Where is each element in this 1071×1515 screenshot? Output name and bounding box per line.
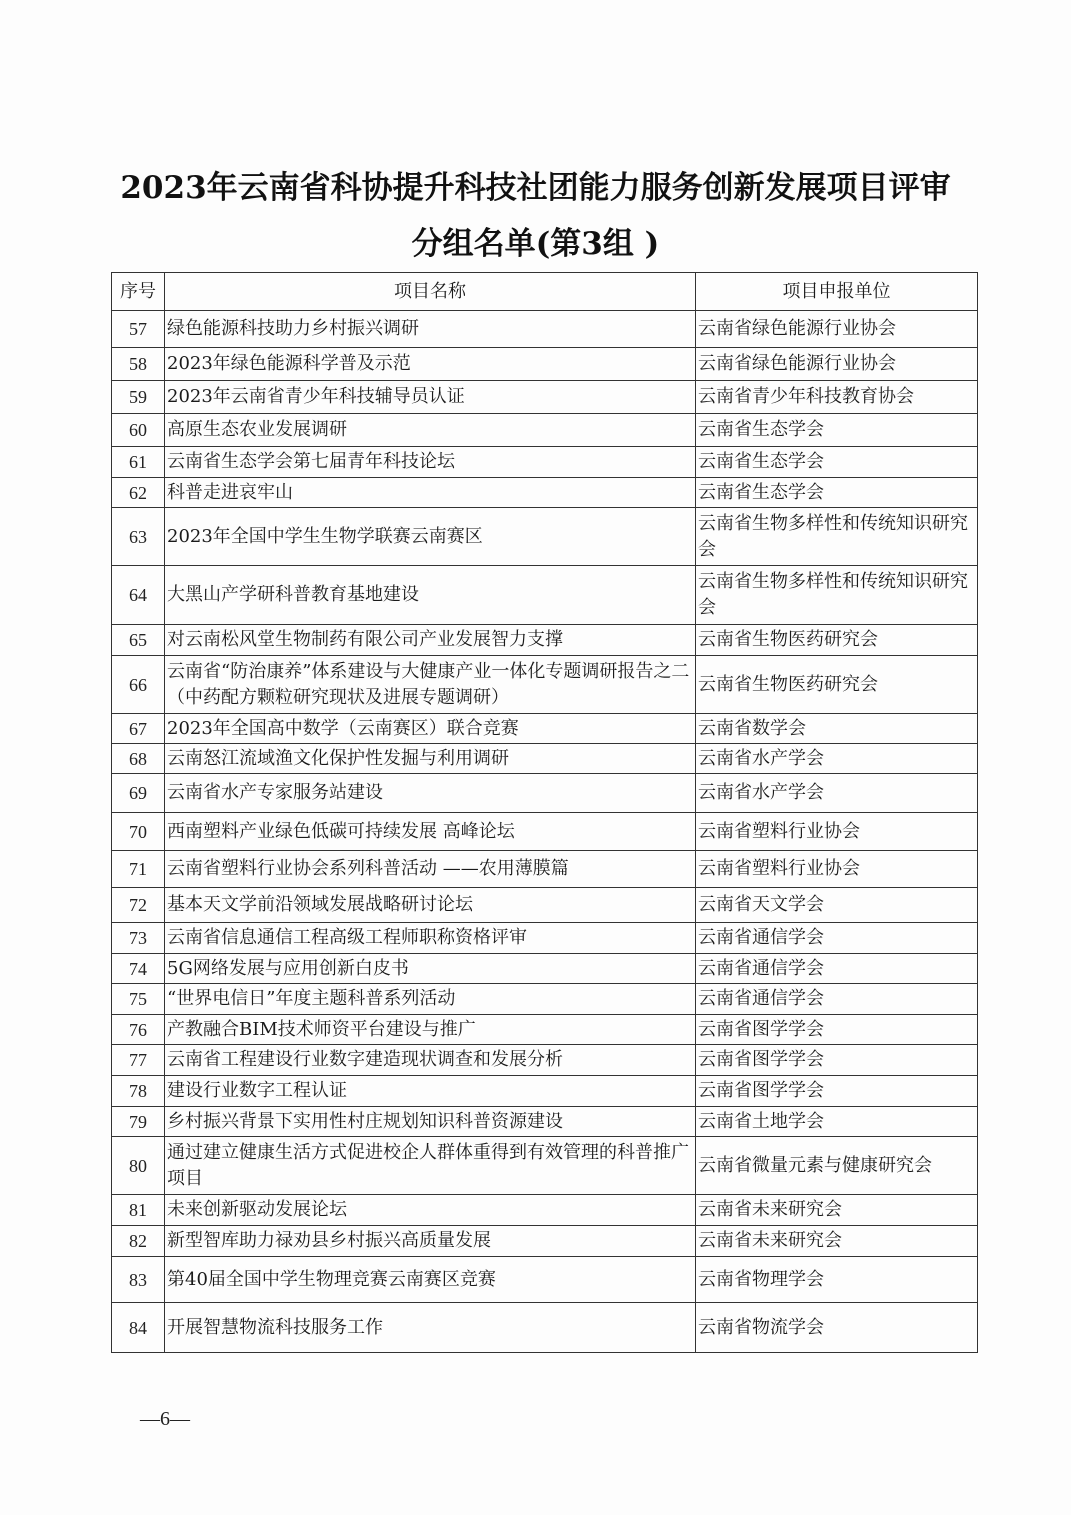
- table-row: 81未来创新驱动发展论坛云南省未来研究会: [112, 1195, 978, 1226]
- serial-number-cell: 67: [112, 714, 165, 744]
- project-name-cell: 云南省生态学会第七届青年科技论坛: [165, 447, 696, 478]
- serial-number-cell: 63: [112, 508, 165, 566]
- serial-number-cell: 84: [112, 1303, 165, 1353]
- table-row: 64大黑山产学研科普教育基地建设云南省生物多样性和传统知识研究会: [112, 566, 978, 625]
- applicant-organization-cell: 云南省天文学会: [696, 888, 978, 923]
- project-name-cell: 2023年全国中学生生物学联赛云南赛区: [165, 508, 696, 566]
- table-row: 61云南省生态学会第七届青年科技论坛云南省生态学会: [112, 447, 978, 478]
- serial-number-cell: 62: [112, 478, 165, 508]
- project-name-cell: 云南省工程建设行业数字建造现状调查和发展分析: [165, 1045, 696, 1076]
- table-row: 66云南省“防治康养”体系建设与大健康产业一体化专题调研报告之二（中药配方颗粒研…: [112, 656, 978, 714]
- header-applicant-organization: 项目申报单位: [696, 273, 978, 311]
- serial-number-cell: 82: [112, 1226, 165, 1257]
- applicant-organization-cell: 云南省通信学会: [696, 954, 978, 984]
- applicant-organization-cell: 云南省图学学会: [696, 1015, 978, 1045]
- serial-number-cell: 60: [112, 414, 165, 447]
- applicant-organization-cell: 云南省生态学会: [696, 414, 978, 447]
- applicant-organization-cell: 云南省塑料行业协会: [696, 813, 978, 851]
- project-name-cell: 5G网络发展与应用创新白皮书: [165, 954, 696, 984]
- table-row: 68云南怒江流域渔文化保护性发掘与利用调研云南省水产学会: [112, 744, 978, 774]
- applicant-organization-cell: 云南省生物医药研究会: [696, 625, 978, 656]
- table-row: 82新型智库助力禄劝县乡村振兴高质量发展云南省未来研究会: [112, 1226, 978, 1257]
- applicant-organization-cell: 云南省生态学会: [696, 447, 978, 478]
- table-row: 78建设行业数字工程认证云南省图学学会: [112, 1076, 978, 1107]
- applicant-organization-cell: 云南省水产学会: [696, 774, 978, 813]
- serial-number-cell: 80: [112, 1137, 165, 1195]
- serial-number-cell: 66: [112, 656, 165, 714]
- table-row: 72基本天文学前沿领域发展战略研讨论坛云南省天文学会: [112, 888, 978, 923]
- project-name-cell: 云南省塑料行业协会系列科普活动 ——农用薄膜篇: [165, 851, 696, 888]
- table-row: 57绿色能源科技助力乡村振兴调研云南省绿色能源行业协会: [112, 311, 978, 348]
- applicant-organization-cell: 云南省数学会: [696, 714, 978, 744]
- project-name-cell: 基本天文学前沿领域发展战略研讨论坛: [165, 888, 696, 923]
- table-row: 582023年绿色能源科学普及示范云南省绿色能源行业协会: [112, 348, 978, 381]
- table-row: 77云南省工程建设行业数字建造现状调查和发展分析云南省图学学会: [112, 1045, 978, 1076]
- serial-number-cell: 58: [112, 348, 165, 381]
- serial-number-cell: 79: [112, 1107, 165, 1137]
- table-row: 73云南省信息通信工程高级工程师职称资格评审云南省通信学会: [112, 923, 978, 954]
- applicant-organization-cell: 云南省生态学会: [696, 478, 978, 508]
- serial-number-cell: 70: [112, 813, 165, 851]
- table-header-row: 序号 项目名称 项目申报单位: [112, 273, 978, 311]
- project-name-cell: 云南省信息通信工程高级工程师职称资格评审: [165, 923, 696, 954]
- applicant-organization-cell: 云南省图学学会: [696, 1076, 978, 1107]
- applicant-organization-cell: 云南省水产学会: [696, 744, 978, 774]
- applicant-organization-cell: 云南省物流学会: [696, 1303, 978, 1353]
- page-number: —6—: [140, 1408, 190, 1431]
- serial-number-cell: 75: [112, 984, 165, 1015]
- project-name-cell: 开展智慧物流科技服务工作: [165, 1303, 696, 1353]
- header-serial-number: 序号: [112, 273, 165, 311]
- table-row: 79乡村振兴背景下实用性村庄规划知识科普资源建设云南省土地学会: [112, 1107, 978, 1137]
- applicant-organization-cell: 云南省土地学会: [696, 1107, 978, 1137]
- applicant-organization-cell: 云南省绿色能源行业协会: [696, 348, 978, 381]
- project-name-cell: 2023年绿色能源科学普及示范: [165, 348, 696, 381]
- project-name-cell: 科普走进哀牢山: [165, 478, 696, 508]
- applicant-organization-cell: 云南省通信学会: [696, 984, 978, 1015]
- applicant-organization-cell: 云南省生物医药研究会: [696, 656, 978, 714]
- project-list-table: 序号 项目名称 项目申报单位 57绿色能源科技助力乡村振兴调研云南省绿色能源行业…: [111, 272, 978, 1353]
- applicant-organization-cell: 云南省微量元素与健康研究会: [696, 1137, 978, 1195]
- serial-number-cell: 72: [112, 888, 165, 923]
- table-row: 80通过建立健康生活方式促进校企人群体重得到有效管理的科普推广项目云南省微量元素…: [112, 1137, 978, 1195]
- serial-number-cell: 69: [112, 774, 165, 813]
- table-row: 65对云南松风堂生物制药有限公司产业发展智力支撑云南省生物医药研究会: [112, 625, 978, 656]
- applicant-organization-cell: 云南省生物多样性和传统知识研究会: [696, 566, 978, 625]
- applicant-organization-cell: 云南省图学学会: [696, 1045, 978, 1076]
- table-row: 70西南塑料产业绿色低碳可持续发展 高峰论坛云南省塑料行业协会: [112, 813, 978, 851]
- applicant-organization-cell: 云南省青少年科技教育协会: [696, 381, 978, 414]
- applicant-organization-cell: 云南省通信学会: [696, 923, 978, 954]
- applicant-organization-cell: 云南省生物多样性和传统知识研究会: [696, 508, 978, 566]
- project-name-cell: 2023年全国高中数学（云南赛区）联合竞赛: [165, 714, 696, 744]
- applicant-organization-cell: 云南省物理学会: [696, 1257, 978, 1303]
- table-row: 672023年全国高中数学（云南赛区）联合竞赛云南省数学会: [112, 714, 978, 744]
- serial-number-cell: 81: [112, 1195, 165, 1226]
- table-row: 592023年云南省青少年科技辅导员认证云南省青少年科技教育协会: [112, 381, 978, 414]
- project-name-cell: 乡村振兴背景下实用性村庄规划知识科普资源建设: [165, 1107, 696, 1137]
- table-row: 83第40届全国中学生物理竞赛云南赛区竞赛云南省物理学会: [112, 1257, 978, 1303]
- table-row: 62科普走进哀牢山云南省生态学会: [112, 478, 978, 508]
- project-name-cell: 云南怒江流域渔文化保护性发掘与利用调研: [165, 744, 696, 774]
- serial-number-cell: 59: [112, 381, 165, 414]
- serial-number-cell: 76: [112, 1015, 165, 1045]
- applicant-organization-cell: 云南省绿色能源行业协会: [696, 311, 978, 348]
- project-name-cell: 对云南松风堂生物制药有限公司产业发展智力支撑: [165, 625, 696, 656]
- project-name-cell: 2023年云南省青少年科技辅导员认证: [165, 381, 696, 414]
- project-name-cell: 第40届全国中学生物理竞赛云南赛区竞赛: [165, 1257, 696, 1303]
- table-row: 76产教融合BIM技术师资平台建设与推广云南省图学学会: [112, 1015, 978, 1045]
- serial-number-cell: 57: [112, 311, 165, 348]
- serial-number-cell: 65: [112, 625, 165, 656]
- document-title-line1: 2023年云南省科协提升科技社团能力服务创新发展项目评审: [0, 162, 1071, 207]
- serial-number-cell: 61: [112, 447, 165, 478]
- project-name-cell: 新型智库助力禄劝县乡村振兴高质量发展: [165, 1226, 696, 1257]
- project-name-cell: “世界电信日”年度主题科普系列活动: [165, 984, 696, 1015]
- applicant-organization-cell: 云南省未来研究会: [696, 1226, 978, 1257]
- project-name-cell: 未来创新驱动发展论坛: [165, 1195, 696, 1226]
- table-row: 84开展智慧物流科技服务工作云南省物流学会: [112, 1303, 978, 1353]
- serial-number-cell: 83: [112, 1257, 165, 1303]
- project-name-cell: 高原生态农业发展调研: [165, 414, 696, 447]
- table-row: 75“世界电信日”年度主题科普系列活动云南省通信学会: [112, 984, 978, 1015]
- project-name-cell: 通过建立健康生活方式促进校企人群体重得到有效管理的科普推广项目: [165, 1137, 696, 1195]
- serial-number-cell: 71: [112, 851, 165, 888]
- serial-number-cell: 73: [112, 923, 165, 954]
- serial-number-cell: 77: [112, 1045, 165, 1076]
- serial-number-cell: 68: [112, 744, 165, 774]
- serial-number-cell: 74: [112, 954, 165, 984]
- applicant-organization-cell: 云南省未来研究会: [696, 1195, 978, 1226]
- document-title-line2: 分组名单(第3组 ): [0, 218, 1071, 263]
- table-row: 632023年全国中学生生物学联赛云南赛区云南省生物多样性和传统知识研究会: [112, 508, 978, 566]
- applicant-organization-cell: 云南省塑料行业协会: [696, 851, 978, 888]
- project-name-cell: 建设行业数字工程认证: [165, 1076, 696, 1107]
- project-name-cell: 大黑山产学研科普教育基地建设: [165, 566, 696, 625]
- table-row: 69云南省水产专家服务站建设云南省水产学会: [112, 774, 978, 813]
- serial-number-cell: 64: [112, 566, 165, 625]
- project-name-cell: 绿色能源科技助力乡村振兴调研: [165, 311, 696, 348]
- project-name-cell: 产教融合BIM技术师资平台建设与推广: [165, 1015, 696, 1045]
- serial-number-cell: 78: [112, 1076, 165, 1107]
- table-row: 60高原生态农业发展调研云南省生态学会: [112, 414, 978, 447]
- project-name-cell: 云南省水产专家服务站建设: [165, 774, 696, 813]
- table-row: 745G网络发展与应用创新白皮书云南省通信学会: [112, 954, 978, 984]
- project-name-cell: 西南塑料产业绿色低碳可持续发展 高峰论坛: [165, 813, 696, 851]
- header-project-name: 项目名称: [165, 273, 696, 311]
- table-row: 71云南省塑料行业协会系列科普活动 ——农用薄膜篇云南省塑料行业协会: [112, 851, 978, 888]
- project-name-cell: 云南省“防治康养”体系建设与大健康产业一体化专题调研报告之二（中药配方颗粒研究现…: [165, 656, 696, 714]
